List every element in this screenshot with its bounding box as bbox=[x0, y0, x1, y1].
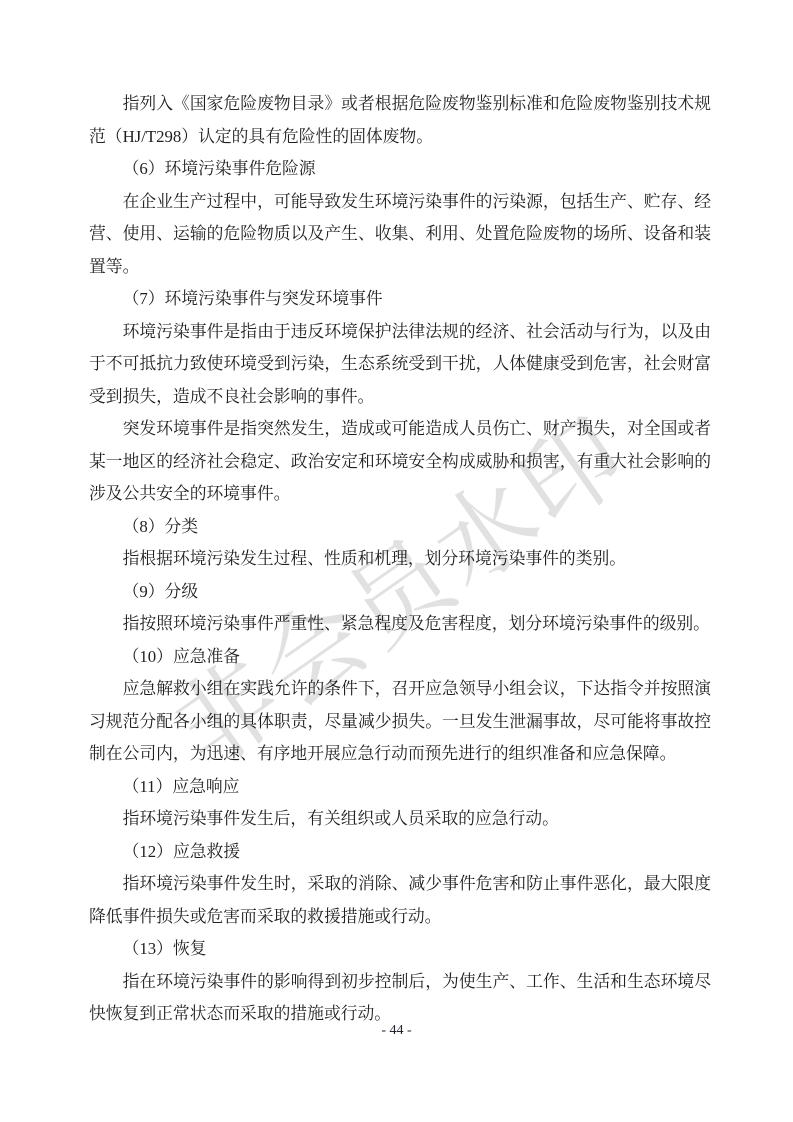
paragraph: 指环境污染事件发生时，采取的消除、减少事件危害和防止事件恶化，最大限度降低事件损… bbox=[89, 868, 711, 933]
section-heading: （13）恢复 bbox=[89, 933, 711, 966]
paragraph: 突发环境事件是指突然发生，造成或可能造成人员伤亡、财产损失，对全国或者某一地区的… bbox=[89, 413, 711, 511]
paragraph: 在企业生产过程中，可能导致发生环境污染事件的污染源，包括生产、贮存、经营、使用、… bbox=[89, 186, 711, 284]
paragraph: 应急解救小组在实践允许的条件下，召开应急领导小组会议，下达指令并按照演习规范分配… bbox=[89, 673, 711, 771]
document-body: 指列入《国家危险废物目录》或者根据危险废物鉴别标准和危险废物鉴别技术规范（HJ/… bbox=[89, 88, 711, 1031]
document-page: 非会员水印 指列入《国家危险废物目录》或者根据危险废物鉴别标准和危险废物鉴别技术… bbox=[0, 0, 793, 1122]
section-heading: （9）分级 bbox=[89, 576, 711, 609]
section-heading: （8）分类 bbox=[89, 511, 711, 544]
section-heading: （10）应急准备 bbox=[89, 641, 711, 674]
paragraph: 指列入《国家危险废物目录》或者根据危险废物鉴别标准和危险废物鉴别技术规范（HJ/… bbox=[89, 88, 711, 153]
paragraph: 指根据环境污染发生过程、性质和机理，划分环境污染事件的类别。 bbox=[89, 543, 711, 576]
paragraph: 指按照环境污染事件严重性、紧急程度及危害程度，划分环境污染事件的级别。 bbox=[89, 608, 711, 641]
paragraph: 指环境污染事件发生后，有关组织或人员采取的应急行动。 bbox=[89, 803, 711, 836]
paragraph: 指在环境污染事件的影响得到初步控制后，为使生产、工作、生活和生态环境尽快恢复到正… bbox=[89, 966, 711, 1031]
page-number: - 44 - bbox=[0, 1023, 793, 1039]
section-heading: （12）应急救援 bbox=[89, 836, 711, 869]
section-heading: （11）应急响应 bbox=[89, 771, 711, 804]
section-heading: （7）环境污染事件与突发环境事件 bbox=[89, 283, 711, 316]
paragraph: 环境污染事件是指由于违反环境保护法律法规的经济、社会活动与行为，以及由于不可抵抗… bbox=[89, 316, 711, 414]
section-heading: （6）环境污染事件危险源 bbox=[89, 153, 711, 186]
